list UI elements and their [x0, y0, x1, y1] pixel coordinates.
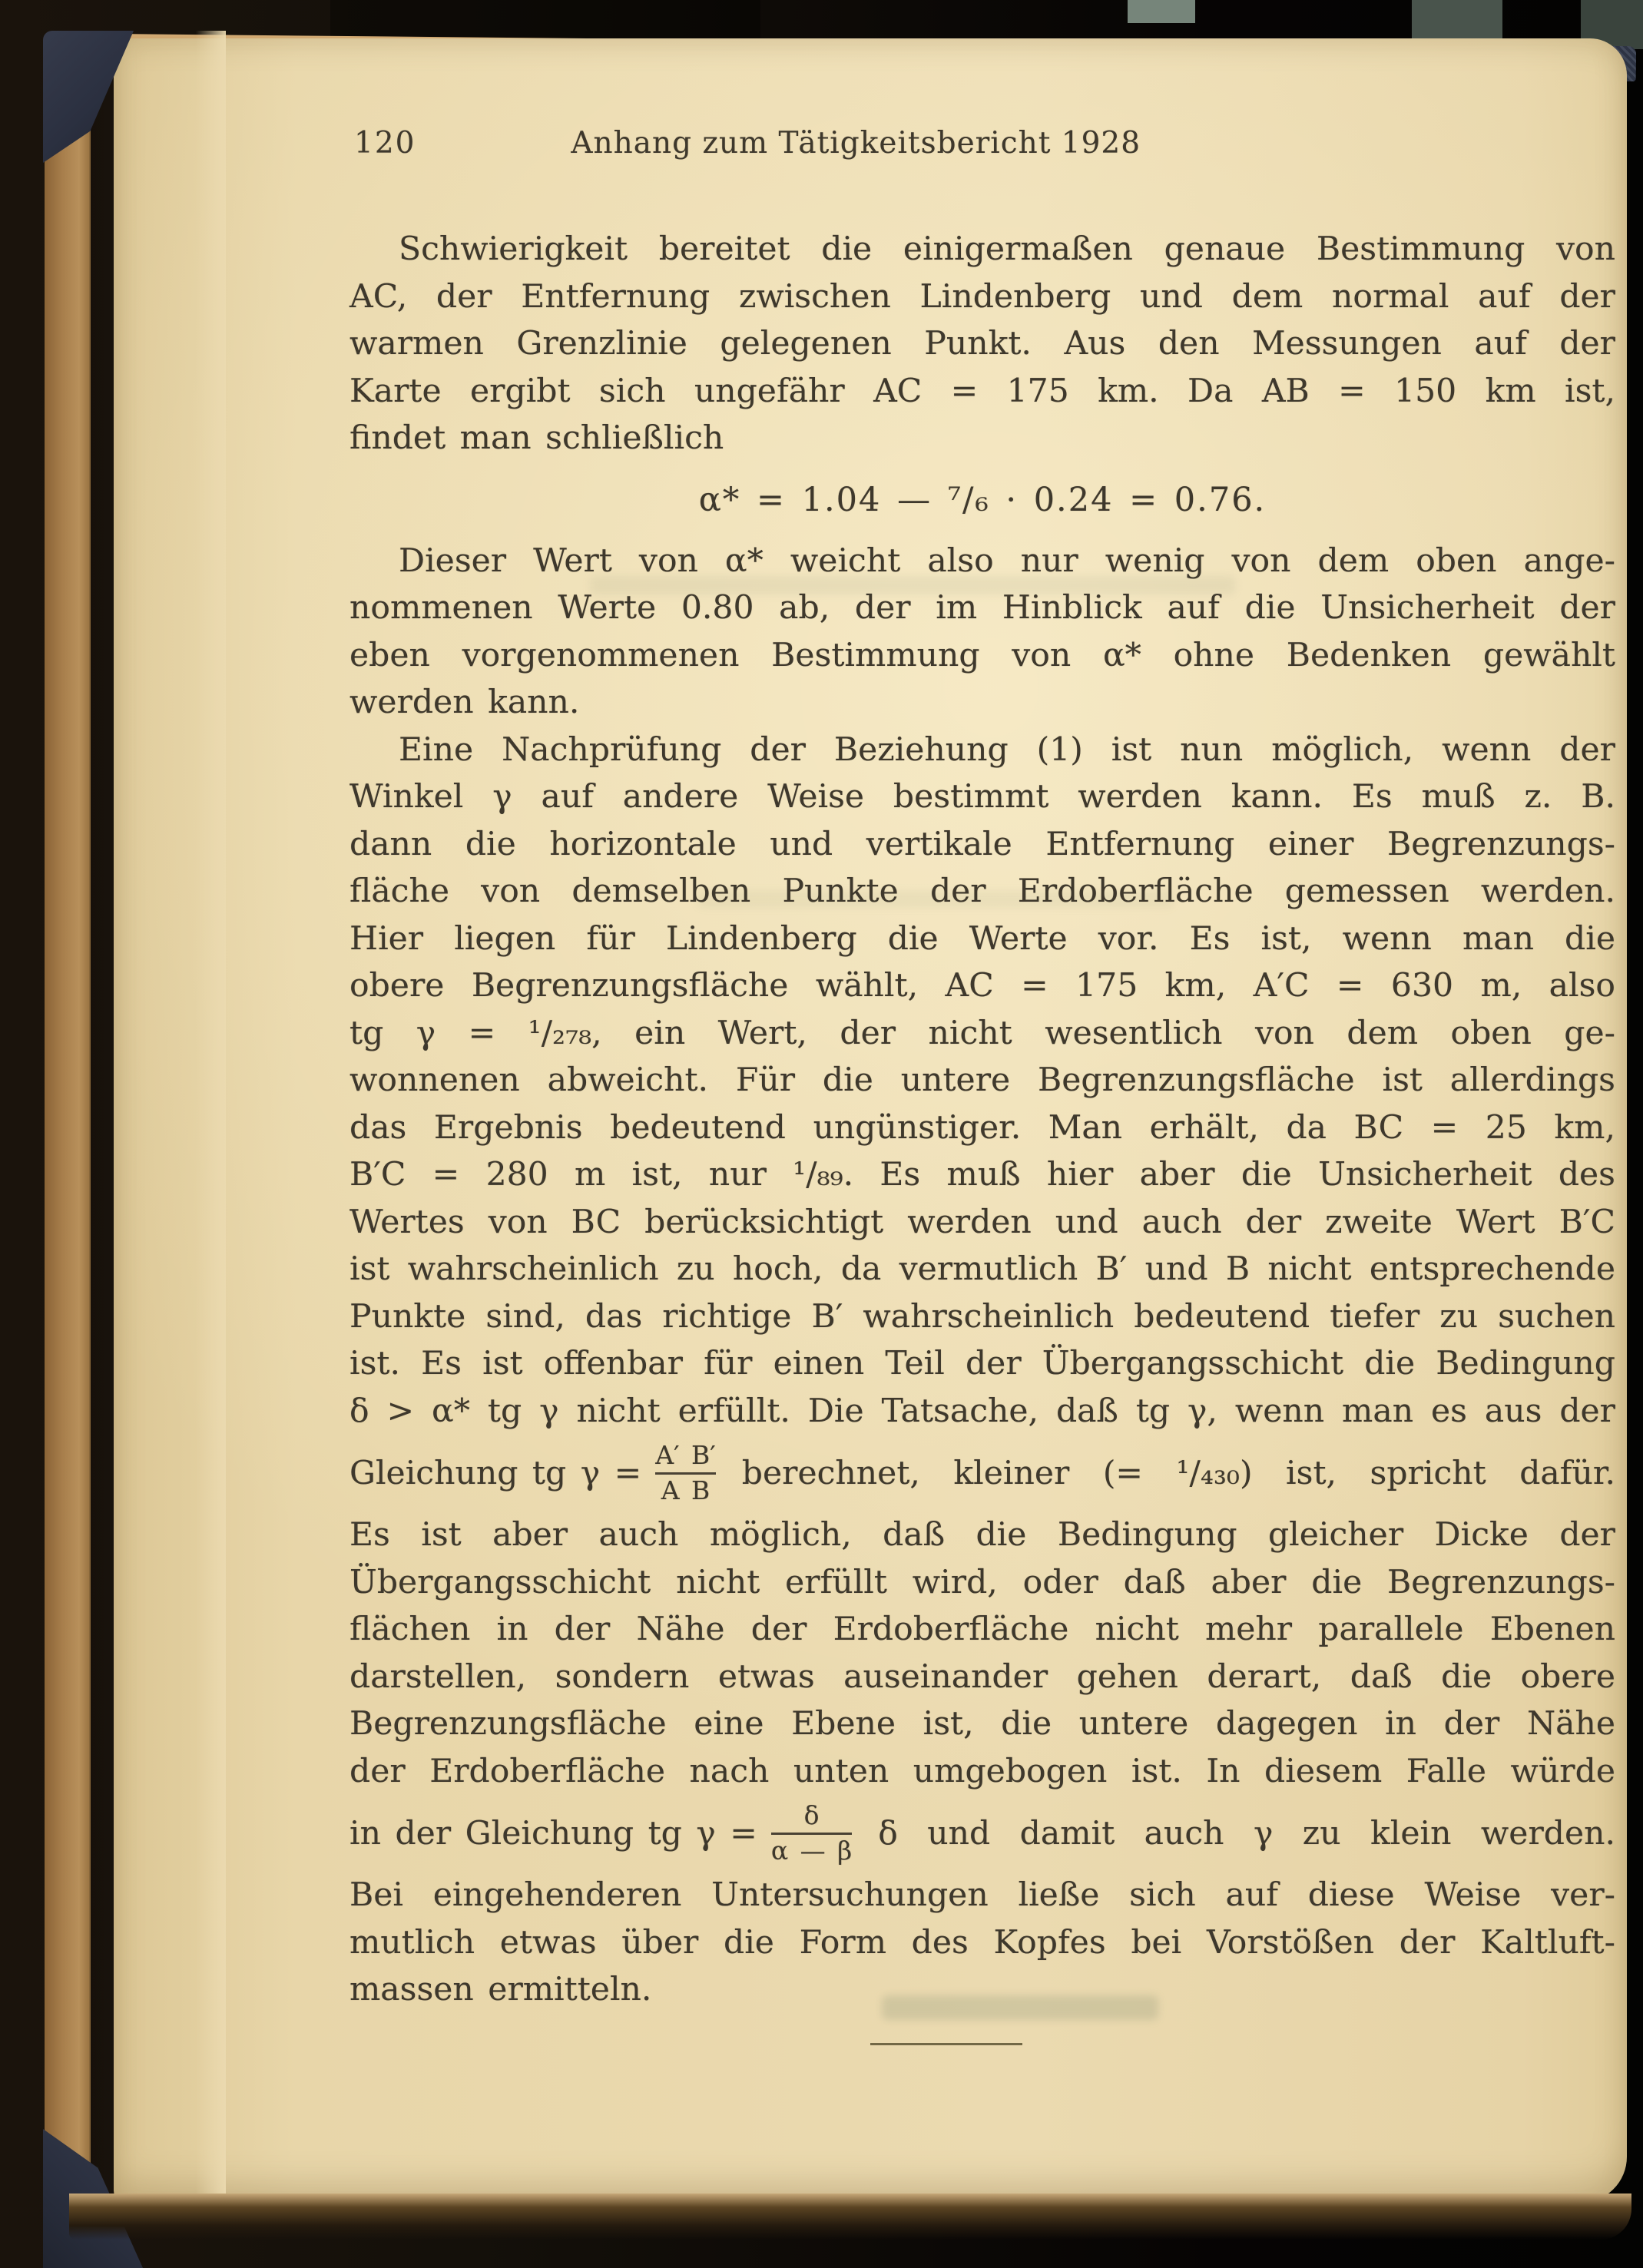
text-line: obere Begrenzungsfläche wählt, AC = 175 …	[349, 962, 1615, 1010]
text-line: Schwierigkeit bereitet die einigermaßen …	[349, 226, 1615, 273]
book-cover-edge	[45, 38, 91, 2206]
equation-line-tg-gamma-AB: Gleichung tg γ = A′ B′ A B berechnet, kl…	[349, 1435, 1615, 1511]
text-line: Bei eingehenderen Untersuchungen ließe s…	[349, 1872, 1615, 1919]
text-line: Es ist aber auch möglich, daß die Beding…	[349, 1511, 1615, 1559]
text-line: darstellen, sondern etwas auseinander ge…	[349, 1654, 1615, 1701]
text-line: Wertes von BC berücksichtigt werden und …	[349, 1199, 1615, 1247]
text-line: ist. Es ist offenbar für einen Teil der …	[349, 1340, 1615, 1388]
text-line: eben vorgenommenen Bestimmung von α* ohn…	[349, 632, 1615, 680]
fraction-bar	[771, 1833, 852, 1835]
page-content: 120 Anhang zum Tätigkeitsbericht 1928 Sc…	[349, 38, 1615, 2045]
equation-tail: δ und damit auch γ zu klein werden.	[878, 1815, 1615, 1852]
text-line: Winkel γ auf andere Weise bestimmt werde…	[349, 773, 1615, 821]
fraction: δ α — β	[771, 1802, 852, 1865]
book-bottom-edge-shadow	[69, 2194, 1631, 2240]
text-line: Dieser Wert von α* weicht also nur wenig…	[349, 538, 1615, 585]
text-line: B′C = 280 m ist, nur ¹/₈₉. Es muß hier a…	[349, 1151, 1615, 1199]
text-line: δ > α* tg γ nicht erfüllt. Die Tatsache,…	[349, 1388, 1615, 1435]
background-object-patch	[1412, 0, 1502, 43]
text-line: tg γ = ¹/₂₇₈, ein Wert, der nicht wesent…	[349, 1010, 1615, 1058]
section-divider-rule	[870, 2043, 1022, 2045]
text-line: fläche von demselben Punkte der Erdoberf…	[349, 868, 1615, 915]
text-line: werden kann.	[349, 679, 1615, 727]
body-text: Schwierigkeit bereitet die einigermaßen …	[349, 226, 1615, 2045]
text-line: flächen in der Nähe der Erdoberfläche ni…	[349, 1606, 1615, 1654]
text-line: AC, der Entfernung zwischen Lindenberg u…	[349, 273, 1615, 321]
equation-alpha-star: α* = 1.04 — ⁷/₆ · 0.24 = 0.76.	[349, 462, 1615, 538]
text-line: ist wahrscheinlich zu hoch, da vermutlic…	[349, 1246, 1615, 1293]
equation-lead: in der Gleichung tg γ =	[349, 1815, 757, 1852]
paragraph-1: Schwierigkeit bereitet die einigermaßen …	[349, 226, 1615, 462]
fraction-numerator: A′ B′	[655, 1442, 716, 1469]
page-number: 120	[354, 124, 416, 163]
text-line: dann die horizontale und vertikale Entfe…	[349, 821, 1615, 869]
text-line: warmen Grenzlinie gelegenen Punkt. Aus d…	[349, 320, 1615, 368]
text-line: nommenen Werte 0.80 ab, der im Hinblick …	[349, 584, 1615, 632]
paragraph-3-part-b: Es ist aber auch möglich, daß die Beding…	[349, 1511, 1615, 1795]
paragraph-3-part-c: Bei eingehenderen Untersuchungen ließe s…	[349, 1872, 1615, 2014]
text-line: massen ermitteln.	[349, 1966, 1615, 2014]
text-line: wonnenen abweicht. Für die untere Begren…	[349, 1057, 1615, 1104]
text-line: Karte ergibt sich ungefähr AC = 175 km. …	[349, 368, 1615, 416]
text-line: Eine Nachprüfung der Beziehung (1) ist n…	[349, 727, 1615, 774]
book-scan-photo: { "page": { "number": "120", "running_he…	[0, 0, 1643, 2268]
background-object-patch	[1128, 0, 1195, 23]
text-line: Punkte sind, das richtige B′ wahrscheinl…	[349, 1293, 1615, 1341]
paragraph-3-part-a: Eine Nachprüfung der Beziehung (1) ist n…	[349, 727, 1615, 1435]
book-page: 120 Anhang zum Tätigkeitsbericht 1928 Sc…	[114, 38, 1627, 2203]
running-header: Anhang zum Tätigkeitsbericht 1928	[571, 124, 1141, 163]
fraction-bar	[655, 1472, 716, 1475]
fraction-denominator: α — β	[771, 1837, 852, 1865]
equation-line-tg-gamma-delta: in der Gleichung tg γ = δ α — β δ und da…	[349, 1795, 1615, 1872]
equation-tail: berechnet, kleiner (= ¹/₄₃₀) ist, sprich…	[742, 1455, 1615, 1492]
paragraph-2: Dieser Wert von α* weicht also nur wenig…	[349, 538, 1615, 727]
equation-lead: Gleichung tg γ =	[349, 1455, 641, 1492]
fraction-denominator: A B	[661, 1477, 711, 1505]
text-line: findet man schließlich	[349, 415, 1615, 462]
text-line: der Erdoberfläche nach unten umgebogen i…	[349, 1748, 1615, 1796]
fraction-numerator: δ	[804, 1802, 820, 1829]
fraction: A′ B′ A B	[655, 1442, 716, 1505]
text-line: das Ergebnis bedeutend ungünstiger. Man …	[349, 1104, 1615, 1152]
stacked-page-edges	[89, 31, 226, 2217]
text-line: Begrenzungsfläche eine Ebene ist, die un…	[349, 1700, 1615, 1748]
text-line: Hier liegen für Lindenberg die Werte vor…	[349, 915, 1615, 963]
text-line: Übergangsschicht nicht erfüllt wird, ode…	[349, 1559, 1615, 1607]
text-line: mutlich etwas über die Form des Kopfes b…	[349, 1919, 1615, 1967]
running-header-row: 120 Anhang zum Tätigkeitsbericht 1928	[349, 124, 1615, 163]
book-page-edge-stack	[45, 31, 226, 2217]
